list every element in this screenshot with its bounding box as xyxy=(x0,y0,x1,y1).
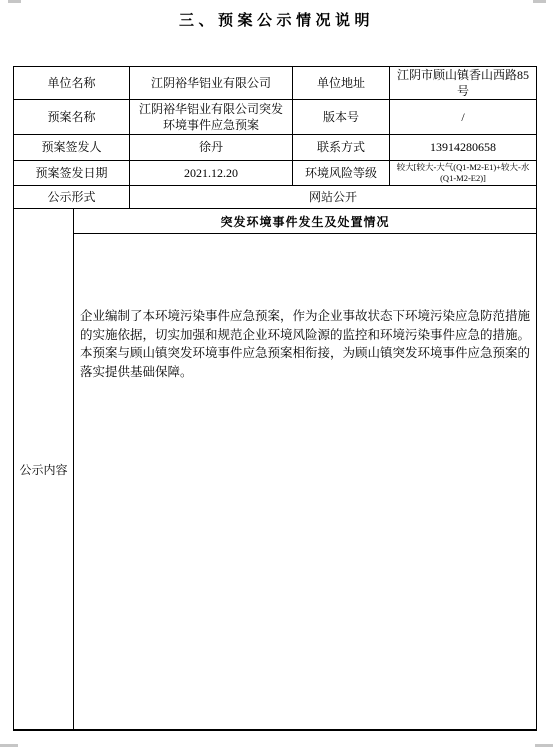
value-contact: 13914280658 xyxy=(390,135,536,161)
table-info-grid: 单位名称 江阴裕华铝业有限公司 单位地址 江阴市顾山镇香山西路85号 预案名称 … xyxy=(14,67,536,209)
publicity-content-row: 公示内容 突发环境事件发生及处置情况 企业编制了本环境污染事件应急预案，作为企业… xyxy=(14,209,536,729)
page-corner-mark xyxy=(8,0,21,3)
value-issue-date: 2021.12.20 xyxy=(130,161,293,186)
page-title: 三、预案公示情况说明 xyxy=(0,9,553,30)
label-version-number: 版本号 xyxy=(293,100,390,135)
label-issue-date: 预案签发日期 xyxy=(14,161,130,186)
incident-status-header: 突发环境事件发生及处置情况 xyxy=(74,209,536,234)
publicity-content-area: 突发环境事件发生及处置情况 企业编制了本环境污染事件应急预案，作为企业事故状态下… xyxy=(74,209,536,729)
label-unit-address: 单位地址 xyxy=(293,67,390,100)
label-contact: 联系方式 xyxy=(293,135,390,161)
value-plan-name: 江阴裕华铝业有限公司突发环境事件应急预案 xyxy=(130,100,293,135)
document-page: 三、预案公示情况说明 单位名称 江阴裕华铝业有限公司 单位地址 江阴市顾山镇香山… xyxy=(0,0,553,747)
label-plan-name: 预案名称 xyxy=(14,100,130,135)
value-version-number: / xyxy=(390,100,536,135)
value-publicity-form: 网站公开 xyxy=(130,186,536,209)
label-risk-level: 环境风险等级 xyxy=(293,161,390,186)
publicity-info-table: 单位名称 江阴裕华铝业有限公司 单位地址 江阴市顾山镇香山西路85号 预案名称 … xyxy=(13,66,537,731)
value-plan-issuer: 徐丹 xyxy=(130,135,293,161)
value-unit-name: 江阴裕华铝业有限公司 xyxy=(130,67,293,100)
value-risk-level: 较大[较大-大气(Q1-M2-E1)+较大-水(Q1-M2-E2)] xyxy=(390,161,536,186)
label-publicity-content: 公示内容 xyxy=(14,209,74,729)
value-unit-address: 江阴市顾山镇香山西路85号 xyxy=(390,67,536,100)
publicity-content-text: 企业编制了本环境污染事件应急预案，作为企业事故状态下环境污染应急防范措施的实施依… xyxy=(80,307,530,381)
label-publicity-form: 公示形式 xyxy=(14,186,130,209)
label-unit-name: 单位名称 xyxy=(14,67,130,100)
label-plan-issuer: 预案签发人 xyxy=(14,135,130,161)
page-corner-mark xyxy=(533,0,546,3)
publicity-content-body: 企业编制了本环境污染事件应急预案，作为企业事故状态下环境污染应急防范措施的实施依… xyxy=(74,234,536,729)
